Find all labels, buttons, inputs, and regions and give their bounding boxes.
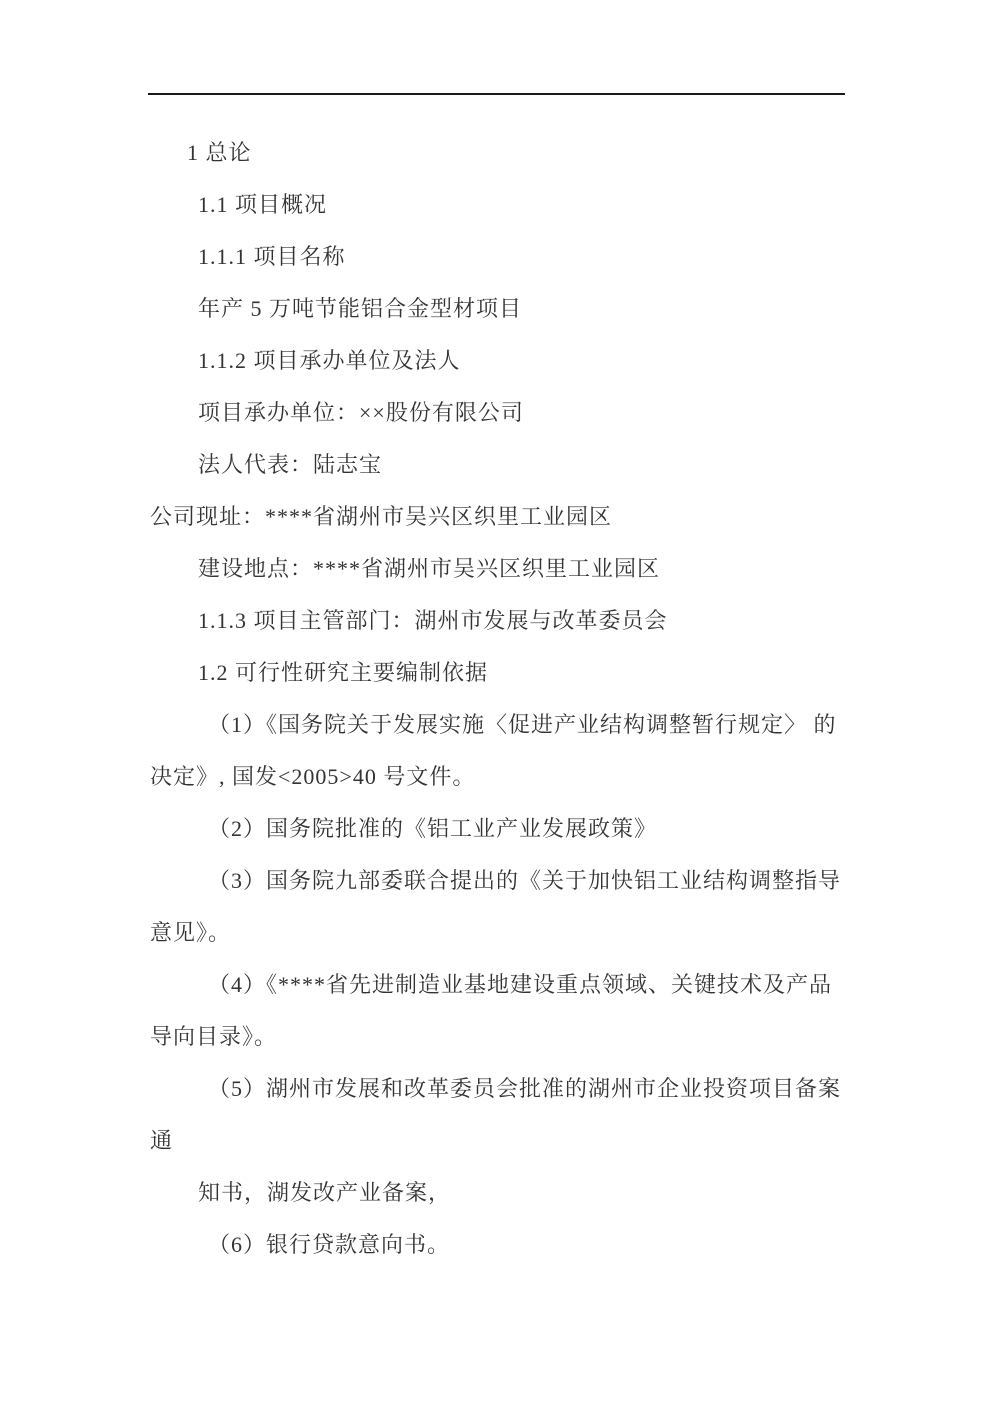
basis-item-5-line-2: 通 [150,1128,173,1154]
basis-item-1-line-1: （1）《国务院关于发展实施〈促进产业结构调整暂行规定〉 的 [208,712,837,738]
heading-1-1-1: 1.1.1 项目名称 [198,244,346,270]
undertaker-line: 项目承办单位：××股份有限公司 [198,400,524,426]
legal-rep-line: 法人代表：陆志宝 [198,452,382,478]
basis-item-3-line-1: （3）国务院九部委联合提出的《关于加快铝工业结构调整指导 [208,868,841,894]
basis-item-5-line-1: （5）湖州市发展和改革委员会批准的湖州市企业投资项目备案 [208,1076,841,1102]
company-address-line: 公司现址：****省湖州市吴兴区织里工业园区 [150,504,612,530]
basis-item-2: （2）国务院批准的《铝工业产业发展政策》 [208,816,657,842]
document-page: 1 总论 1.1 项目概况 1.1.1 项目名称 年产 5 万吨节能铝合金型材项… [0,0,993,1404]
basis-item-4-line-1: （4）《****省先进制造业基地建设重点领域、关键技术及产品 [208,972,832,998]
basis-item-6: （6）银行贷款意向书。 [208,1232,450,1258]
heading-1-1-2: 1.1.2 项目承办单位及法人 [198,348,461,374]
heading-chapter-1: 1 总论 [187,140,252,166]
basis-item-3-line-2: 意见》。 [150,920,231,946]
heading-1-1-3: 1.1.3 项目主管部门：湖州市发展与改革委员会 [198,608,668,634]
basis-item-4-line-2: 导向目录》。 [150,1024,277,1050]
project-name-line: 年产 5 万吨节能铝合金型材项目 [198,296,522,322]
basis-item-5-line-3: 知书，湖发改产业备案， [198,1180,451,1206]
header-rule [148,93,845,95]
construction-site-line: 建设地点：****省湖州市吴兴区织里工业园区 [198,556,660,582]
basis-item-1-line-2: 决定》, 国发<2005>40 号文件。 [150,764,475,790]
heading-1-2: 1.2 可行性研究主要编制依据 [198,660,488,686]
heading-1-1: 1.1 项目概况 [198,192,327,218]
